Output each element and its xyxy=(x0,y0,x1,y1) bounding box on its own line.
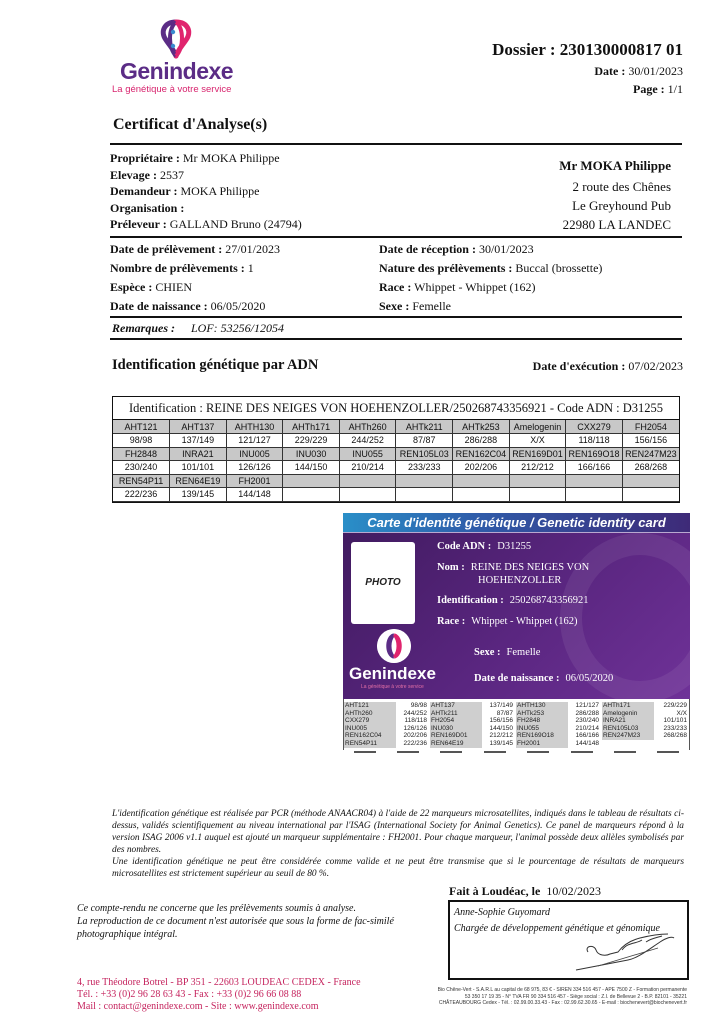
preleveur-row: Préleveur : GALLAND Bruno (24794) xyxy=(110,216,302,233)
marker-grid: AHT121AHT137AHTH130AHTh171AHTh260AHTk211… xyxy=(113,420,679,502)
marker-name-cell xyxy=(453,474,510,488)
contact-mail: Mail : contact@genindexe.com - Site : ww… xyxy=(77,1001,361,1013)
card-marker-value: 101/101 xyxy=(655,717,689,725)
card-marker-value xyxy=(655,740,689,748)
marker-name-cell: REN54P11 xyxy=(113,474,170,488)
address-line: 22980 LA LANDEC xyxy=(559,215,671,234)
marker-name-cell: FH2054 xyxy=(622,420,679,434)
section-title: Identification génétique par ADN xyxy=(112,357,318,374)
organisation-row: Organisation : xyxy=(110,200,302,217)
card-marker-name: REN169O18 xyxy=(516,732,568,740)
divider xyxy=(110,236,682,238)
marker-name-cell: INU030 xyxy=(283,447,340,461)
sample-field: Nature des prélèvements : Buccal (brosse… xyxy=(379,259,602,278)
marker-name-cell: AHTh171 xyxy=(283,420,340,434)
marker-name-cell: INRA21 xyxy=(170,447,227,461)
card-marker-name: AHT137 xyxy=(430,702,482,710)
card-marker-name: AHTH130 xyxy=(516,702,568,710)
card-marker-name: AHTh260 xyxy=(344,710,396,718)
marker-value-row: 230/240101/101126/126144/150210/214233/2… xyxy=(113,461,679,475)
card-marker-name: FH2848 xyxy=(516,717,568,725)
card-marker-name: AHTh171 xyxy=(602,702,654,710)
marker-name-cell: AHTk211 xyxy=(396,420,453,434)
identification-line: Identification : REINE DES NEIGES VON HO… xyxy=(113,397,679,420)
sample-info-left: Date de prélèvement : 27/01/2023 Nombre … xyxy=(110,240,280,316)
marker-value-cell: 101/101 xyxy=(170,461,227,475)
card-marker-name: INRA21 xyxy=(602,717,654,725)
brand-tagline: La génétique à votre service xyxy=(112,84,231,95)
card-marker-name: REN162C04 xyxy=(344,732,396,740)
card-marker-value: 144/150 xyxy=(483,725,515,733)
contact-footer: 4, rue Théodore Botrel - BP 351 - 22603 … xyxy=(77,977,361,1013)
card-marker-name: REN105L03 xyxy=(602,725,654,733)
card-logo: Genindexe La génétique à votre service xyxy=(349,629,439,695)
fait-a: Fait à Loudéac, le 10/02/2023 xyxy=(449,884,601,899)
header-date-value: 30/01/2023 xyxy=(628,64,683,78)
address-name: Mr MOKA Philippe xyxy=(559,156,671,175)
marker-name-cell: REN162C04 xyxy=(453,447,510,461)
card-marker-value: 166/166 xyxy=(569,732,601,740)
marker-value-cell: 268/268 xyxy=(622,461,679,475)
sample-field: Espèce : CHIEN xyxy=(110,278,280,297)
marker-name-cell: FH2001 xyxy=(226,474,283,488)
marker-name-cell: REN169O18 xyxy=(566,447,623,461)
contact-phone: Tél. : +33 (0)2 96 28 63 43 - Fax : +33 … xyxy=(77,989,361,1001)
marker-value-cell: 229/229 xyxy=(283,434,340,448)
card-title: Carte d'identité génétique / Genetic ide… xyxy=(343,513,690,533)
method-notes: L'identification génétique est réalisée … xyxy=(112,808,684,880)
marker-value-cell: 202/206 xyxy=(453,461,510,475)
signature-box: Anne-Sophie Guyomard Chargée de développ… xyxy=(448,900,689,980)
sample-field: Date de réception : 30/01/2023 xyxy=(379,240,602,259)
card-marker-value: 244/252 xyxy=(397,710,429,718)
card-marker-name: INU005 xyxy=(344,725,396,733)
address-line: Le Greyhound Pub xyxy=(559,196,671,215)
divider xyxy=(110,143,682,145)
marker-value-row: 98/98137/149121/127229/229244/25287/8728… xyxy=(113,434,679,448)
marker-name-cell: AHTk253 xyxy=(453,420,510,434)
card-marker-value: 230/240 xyxy=(569,717,601,725)
marker-value-cell: 286/288 xyxy=(453,434,510,448)
card-marker-value: 202/206 xyxy=(397,732,429,740)
address-line: 2 route des Chênes xyxy=(559,177,671,196)
card-marker-value: 139/145 xyxy=(483,740,515,748)
card-marker-value: 118/118 xyxy=(397,717,429,725)
marker-name-cell: Amelogenin xyxy=(509,420,566,434)
card-naissance: Date de naissance :06/05/2020 xyxy=(474,673,613,684)
marker-value-cell: 233/233 xyxy=(396,461,453,475)
marker-name-cell: INU005 xyxy=(226,447,283,461)
address-block: Mr MOKA Philippe 2 route des Chênes Le G… xyxy=(559,156,671,234)
marker-name-cell: FH2848 xyxy=(113,447,170,461)
marker-value-cell: 139/145 xyxy=(170,488,227,502)
card-marker-name: INU030 xyxy=(430,725,482,733)
marker-name-cell: REN64E19 xyxy=(170,474,227,488)
card-marker-value: 212/212 xyxy=(483,732,515,740)
signatory-name: Anne-Sophie Guyomard xyxy=(454,907,550,918)
marker-value-cell: 87/87 xyxy=(396,434,453,448)
card-marker-value: 121/127 xyxy=(569,702,601,710)
marker-name-cell xyxy=(283,474,340,488)
marker-value-cell: 144/148 xyxy=(226,488,283,502)
marker-value-cell: 137/149 xyxy=(170,434,227,448)
marker-name-cell xyxy=(339,474,396,488)
marker-value-cell xyxy=(453,488,510,502)
genindexe-logo: Genindexe La génétique à votre service xyxy=(108,18,258,96)
marker-value-cell xyxy=(283,488,340,502)
card-marker-value: 229/229 xyxy=(655,702,689,710)
marker-value-cell xyxy=(339,488,396,502)
brand-name: Genindexe xyxy=(120,58,233,85)
card-marker-value: 222/236 xyxy=(397,740,429,748)
card-nom: Nom :REINE DES NEIGES VON xyxy=(437,562,589,573)
remarks-label: Remarques : xyxy=(112,321,175,335)
dossier-number: Dossier : 230130000817 01 xyxy=(492,40,683,60)
card-marker-name: REN64E19 xyxy=(430,740,482,748)
marker-name-row: FH2848INRA21INU005INU030INU055REN105L03R… xyxy=(113,447,679,461)
divider xyxy=(110,316,682,318)
sample-field: Race : Whippet - Whippet (162) xyxy=(379,278,602,297)
marker-value-cell: 210/214 xyxy=(339,461,396,475)
header-date-label: Date : xyxy=(594,64,625,78)
marker-value-cell: 144/150 xyxy=(283,461,340,475)
card-marker-value: 144/148 xyxy=(569,740,601,748)
signature-icon xyxy=(568,930,678,975)
divider xyxy=(110,338,682,340)
disclaimer: Ce compte-rendu ne concerne que les prél… xyxy=(77,902,394,941)
elevage-row: Elevage : 2537 xyxy=(110,167,302,184)
marker-name-cell: REN247M23 xyxy=(622,447,679,461)
marker-value-cell: 166/166 xyxy=(566,461,623,475)
sample-field: Date de prélèvement : 27/01/2023 xyxy=(110,240,280,259)
card-marker-name: AHTk211 xyxy=(430,710,482,718)
card-marker-name: FH2001 xyxy=(516,740,568,748)
marker-name-cell: CXX279 xyxy=(566,420,623,434)
marker-name-cell: REN169D01 xyxy=(509,447,566,461)
execution-date: Date d'exécution : 07/02/2023 xyxy=(533,359,683,374)
marker-value-cell: 244/252 xyxy=(339,434,396,448)
card-marker-name xyxy=(602,740,654,748)
card-marker-name: Amelogenin xyxy=(602,710,654,718)
marker-value-cell: 156/156 xyxy=(622,434,679,448)
proprietaire-row: Propriétaire : Mr MOKA Philippe xyxy=(110,150,302,167)
genetic-identity-card: Carte d'identité génétique / Genetic ide… xyxy=(343,513,690,760)
notes-paragraph: Une identification génétique ne peut êtr… xyxy=(112,856,684,880)
dna-logo-icon xyxy=(377,629,411,663)
marker-value-cell: 126/126 xyxy=(226,461,283,475)
marker-name-cell: AHTH130 xyxy=(226,420,283,434)
header-page: Page : 1/1 xyxy=(633,82,683,97)
card-marker-value: 137/149 xyxy=(483,702,515,710)
header-page-value: 1/1 xyxy=(668,82,683,96)
card-marker-value: 126/126 xyxy=(397,725,429,733)
card-marker-value: 268/268 xyxy=(655,732,689,740)
sample-field: Date de naissance : 06/05/2020 xyxy=(110,297,280,316)
card-brand-tagline: La génétique à votre service xyxy=(361,684,424,690)
marker-name-cell: REN105L03 xyxy=(396,447,453,461)
certificate-title: Certificat d'Analyse(s) xyxy=(113,116,267,134)
marker-value-cell: 212/212 xyxy=(509,461,566,475)
card-marker-name: INU055 xyxy=(516,725,568,733)
card-marker-value: 286/288 xyxy=(569,710,601,718)
printer-footer: Bio Chêne-Vert - S.A.R.L au capital de 6… xyxy=(438,987,687,1007)
owner-block: Propriétaire : Mr MOKA Philippe Elevage … xyxy=(110,150,302,233)
marker-value-cell xyxy=(622,488,679,502)
remarks: Remarques :LOF: 53256/12054 xyxy=(112,321,284,336)
marker-value-cell: X/X xyxy=(509,434,566,448)
card-cut-marks xyxy=(343,751,690,755)
card-marker-value: 210/214 xyxy=(569,725,601,733)
card-marker-name: CXX279 xyxy=(344,717,396,725)
marker-value-cell: 230/240 xyxy=(113,461,170,475)
marker-name-cell xyxy=(566,474,623,488)
marker-name-cell: AHTh260 xyxy=(339,420,396,434)
card-marker-value: 98/98 xyxy=(397,702,429,710)
remarks-value: LOF: 53256/12054 xyxy=(191,321,284,335)
card-marker-value: X/X xyxy=(655,710,689,718)
header-date: Date : 30/01/2023 xyxy=(594,64,683,79)
dna-logo-icon xyxy=(154,18,198,60)
card-identification: Identification :250268743356921 xyxy=(437,595,589,606)
demandeur-row: Demandeur : MOKA Philippe xyxy=(110,183,302,200)
marker-name-cell: AHT121 xyxy=(113,420,170,434)
card-code: Code ADN :D31255 xyxy=(437,541,531,552)
sample-field: Sexe : Femelle xyxy=(379,297,602,316)
card-marker-name: REN169D01 xyxy=(430,732,482,740)
marker-value-cell: 222/236 xyxy=(113,488,170,502)
card-marker-name: REN54P11 xyxy=(344,740,396,748)
marker-name-cell: INU055 xyxy=(339,447,396,461)
card-sexe: Sexe :Femelle xyxy=(474,647,540,658)
marker-name-cell xyxy=(509,474,566,488)
sample-field: Nombre de prélèvements : 1 xyxy=(110,259,280,278)
card-marker-grid: AHT12198/98AHT137137/149AHTH130121/127AH… xyxy=(343,699,690,750)
card-marker-name: AHTk253 xyxy=(516,710,568,718)
card-marker-value: 87/87 xyxy=(483,710,515,718)
marker-name-cell xyxy=(622,474,679,488)
marker-name-row: AHT121AHT137AHTH130AHTh171AHTh260AHTk211… xyxy=(113,420,679,434)
marker-value-cell: 118/118 xyxy=(566,434,623,448)
marker-value-cell xyxy=(396,488,453,502)
card-nom-cont: HOEHENZOLLER xyxy=(478,575,561,586)
marker-value-cell xyxy=(509,488,566,502)
marker-name-cell: AHT137 xyxy=(170,420,227,434)
marker-table: Identification : REINE DES NEIGES VON HO… xyxy=(112,396,680,503)
marker-name-row: REN54P11REN64E19FH2001 xyxy=(113,474,679,488)
card-marker-name: AHT121 xyxy=(344,702,396,710)
card-marker-name: FH2054 xyxy=(430,717,482,725)
card-marker-value: 156/156 xyxy=(483,717,515,725)
photo-placeholder: PHOTO xyxy=(351,542,415,624)
sample-info-right: Date de réception : 30/01/2023 Nature de… xyxy=(379,240,602,316)
marker-value-cell: 121/127 xyxy=(226,434,283,448)
card-brand-name: Genindexe xyxy=(349,664,436,684)
contact-address: 4, rue Théodore Botrel - BP 351 - 22603 … xyxy=(77,977,361,989)
marker-name-cell xyxy=(396,474,453,488)
card-race: Race :Whippet - Whippet (162) xyxy=(437,616,578,627)
marker-value-row: 222/236139/145144/148 xyxy=(113,488,679,502)
marker-value-cell xyxy=(566,488,623,502)
header-page-label: Page : xyxy=(633,82,665,96)
card-marker-name: REN247M23 xyxy=(602,732,654,740)
marker-value-cell: 98/98 xyxy=(113,434,170,448)
notes-paragraph: L'identification génétique est réalisée … xyxy=(112,808,684,856)
card-marker-value: 233/233 xyxy=(655,725,689,733)
